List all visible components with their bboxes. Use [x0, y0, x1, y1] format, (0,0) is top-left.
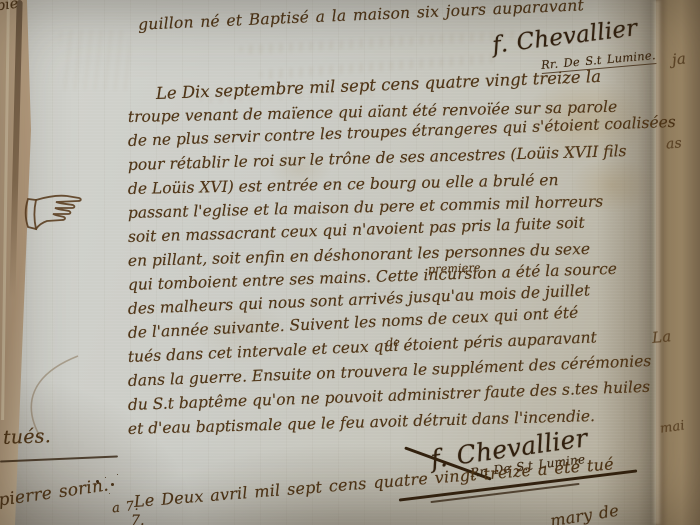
photo-vignette [0, 0, 700, 525]
manuscript-photo: pie guillon né et Baptisé a la maison si… [0, 0, 700, 525]
